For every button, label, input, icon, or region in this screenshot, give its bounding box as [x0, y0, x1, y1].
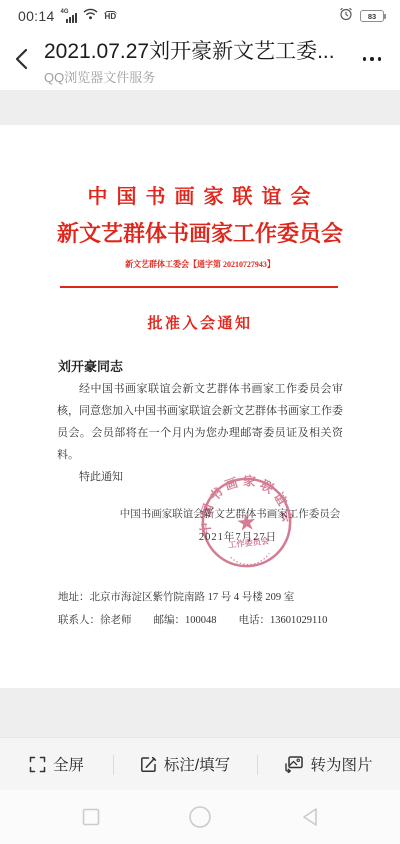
convert-label: 转为图片: [310, 753, 372, 775]
document-number: 新文艺群体工委会【通字第 20210727943】: [12, 258, 388, 270]
android-nav-bar: [0, 790, 400, 844]
org-title-line1: 中 国 书 画 家 联 谊 会: [0, 180, 400, 209]
edit-pencil-icon: [140, 756, 157, 773]
wifi-icon: [83, 7, 98, 25]
red-divider-rule: [60, 286, 338, 288]
org-title-line2: 新文艺群体书画家工作委员会: [0, 217, 400, 248]
header-bar: 2021.07.27刘开豪新文艺工委... QQ浏览器文件服务: [0, 28, 400, 90]
bottom-toolbar: 全屏 标注/填写 转为图片: [0, 737, 400, 790]
battery-icon: 83: [360, 10, 384, 22]
volte-hd-icon: HD: [104, 11, 118, 21]
alarm-clock-icon: [339, 7, 353, 26]
square-recents-icon: [82, 808, 100, 826]
body-paragraph: 经中国书画家联谊会新文艺群体书画家工作委员会审核，同意您加入中国书画家联谊会新文…: [57, 378, 343, 466]
status-bar: 00:14 4G HD: [0, 0, 400, 28]
triangle-back-icon: [301, 807, 319, 827]
home-button[interactable]: [178, 798, 222, 836]
image-convert-icon: [284, 755, 303, 773]
fullscreen-icon: [29, 756, 46, 773]
document-page: 中 国 书 画 家 联 谊 会 新文艺群体书画家工作委员会 新文艺群体工委会【通…: [0, 125, 400, 688]
circle-home-icon: [188, 805, 212, 829]
toolbar-divider: [257, 755, 258, 775]
annotate-label: 标注/填写: [164, 753, 230, 775]
toolbar-divider: [113, 755, 114, 775]
clock-time: 00:14: [18, 8, 55, 24]
back-nav-button[interactable]: [288, 798, 332, 836]
seal-inner-text: 工作委员会: [228, 535, 271, 549]
annotate-button[interactable]: 标注/填写: [113, 738, 257, 790]
back-button[interactable]: [0, 28, 44, 90]
seal-star-icon: ★: [235, 509, 258, 537]
page-margin-top: [0, 90, 400, 125]
file-source-subtitle: QQ浏览器文件服务: [44, 67, 344, 86]
phone-number: 电话：13601029110: [239, 612, 328, 627]
contact-line: 联系人：徐老师 邮编：100048 电话：13601029110: [58, 612, 327, 627]
chevron-left-icon: [12, 46, 32, 72]
recents-button[interactable]: [69, 798, 113, 836]
file-title: 2021.07.27刘开豪新文艺工委...: [44, 35, 344, 65]
salutation: 刘开豪同志: [58, 356, 123, 375]
postcode: 邮编：100048: [154, 612, 217, 627]
cellular-signal-icon: 4G: [61, 10, 77, 23]
notice-heading: 批准入会通知: [0, 312, 400, 333]
more-dots-icon: [363, 57, 367, 61]
contact-person: 联系人：徐老师: [58, 612, 132, 627]
more-options-button[interactable]: [344, 28, 400, 90]
page-margin-bottom: [0, 688, 400, 737]
address-line: 地址：北京市海淀区紫竹院南路 17 号 4 号楼 209 室: [58, 589, 294, 604]
notice-body: 经中国书画家联谊会新文艺群体书画家工作委员会审核，同意您加入中国书画家联谊会新文…: [57, 378, 343, 488]
fullscreen-button[interactable]: 全屏: [0, 738, 113, 790]
official-seal-stamp: 中国书画家联谊会 ★ 工作委员会: [193, 469, 300, 576]
phone-screen: 00:14 4G HD: [0, 0, 400, 844]
fullscreen-label: 全屏: [53, 753, 84, 775]
battery-percent: 83: [368, 12, 376, 21]
convert-to-image-button[interactable]: 转为图片: [257, 738, 400, 790]
